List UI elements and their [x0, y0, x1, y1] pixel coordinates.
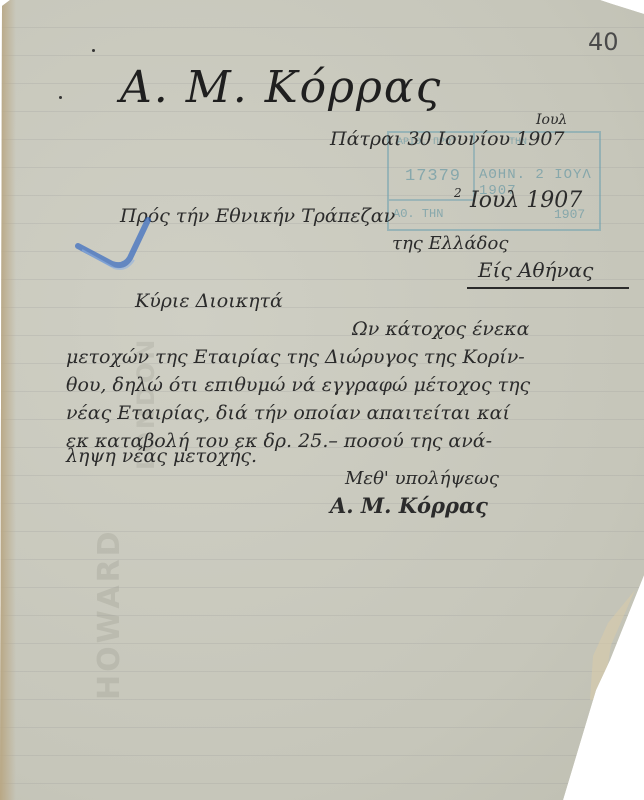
body-line: μετοχών της Εταιρίας της Διώρυγος της Κο… — [66, 346, 525, 368]
torn-corner-stain — [575, 590, 635, 700]
recipient-underline — [467, 287, 629, 289]
page-left-edge-stain — [0, 0, 16, 800]
letter-page: HOWARD LONDON 40 Α. Μ. Κόρρας ΑΡΙΘ. ΠΡΩΤ… — [0, 0, 644, 800]
recipient-line-2: της Ελλάδος — [392, 233, 508, 254]
letterhead-name: Α. Μ. Κόρρας — [120, 62, 442, 113]
signature: Α. Μ. Κόρρας — [330, 493, 488, 518]
salutation: Κύριε Διοικητά — [135, 290, 283, 312]
watermark-howard: HOWARD — [92, 528, 127, 700]
date-annotation: Ιουλ — [536, 112, 567, 128]
closing: Μεθ' υπολήψεως — [345, 468, 499, 489]
stamp-place: ΑΘ. ΤΗΝ — [393, 207, 443, 221]
body-line: νέας Εταιρίας, διά τήν οποίαν απαιτείται… — [66, 402, 510, 424]
blue-pencil-checkmark-icon — [72, 212, 162, 282]
folio-number: 40 — [588, 28, 619, 56]
body-line: ληψη νέας μετοχής. — [66, 445, 257, 467]
paper-speck — [59, 96, 62, 99]
body-line: Ων κάτοχος ένεκα — [352, 318, 529, 340]
recipient-line-3: Είς Αθήνας — [478, 258, 593, 282]
dateline: Πάτραι 30 Ιουνίου 1907 — [330, 128, 565, 150]
stamp-number: 17379 — [405, 167, 461, 186]
body-line: θου, δηλώ ότι επιθυμώ νά εγγραφώ μέτοχος… — [66, 374, 530, 396]
stamp-handwritten-date: Ιουλ 1907 — [470, 188, 582, 213]
stamp-overwrite-superscript: 2 — [454, 186, 462, 200]
paper-speck — [92, 49, 95, 52]
